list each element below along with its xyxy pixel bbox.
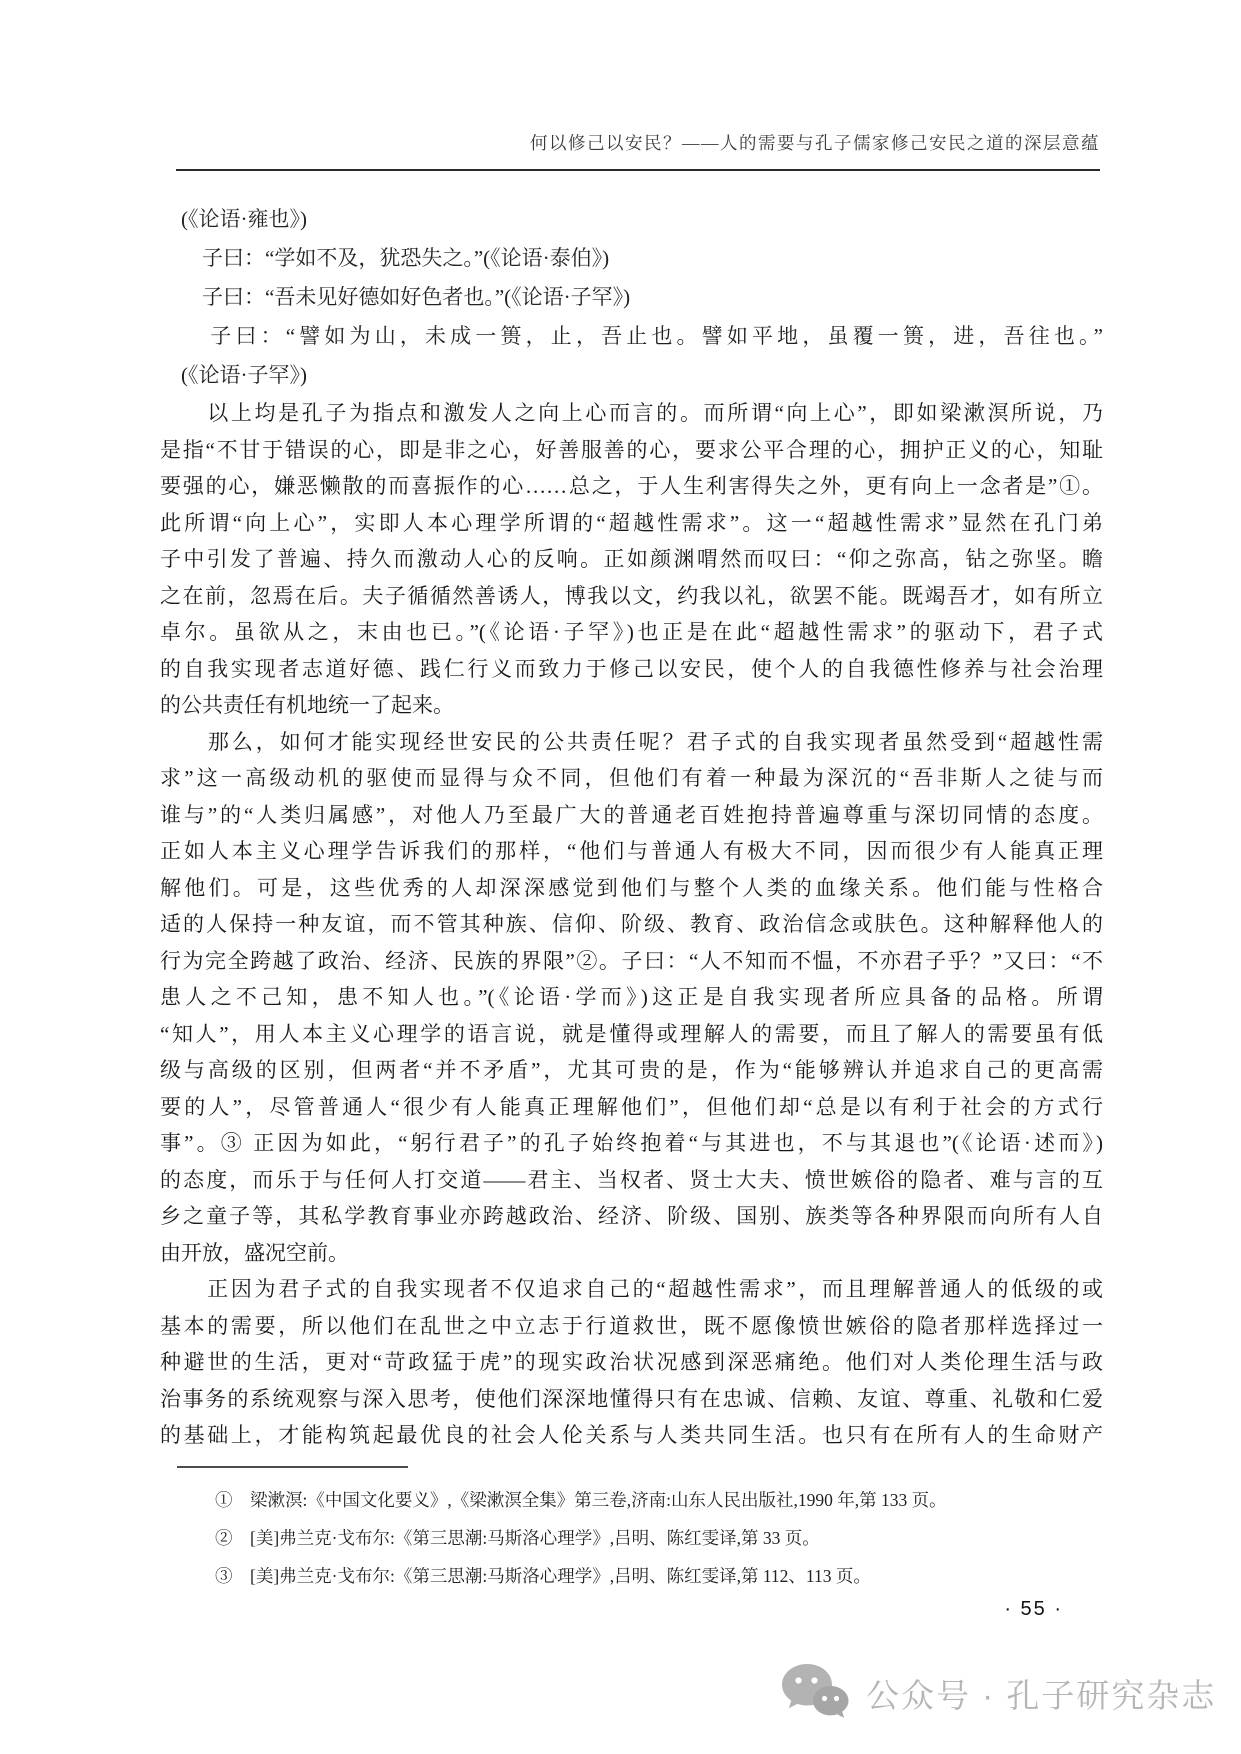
body-line: 由开放，盛况空前。 xyxy=(160,1235,1103,1272)
body-line: 正如人本主义心理学告诉我们的那样，“他们与普通人有极大不同，因而很少有人能真正理 xyxy=(160,833,1103,870)
body-line: 要强的心，嫌恶懒散的而喜振作的心……总之，于人生利害得失之外，更有向上一念者是”… xyxy=(160,468,1103,505)
body-line: 解他们。可是，这些优秀的人却深深感觉到他们与整个人类的血缘关系。他们能与性格合 xyxy=(160,870,1103,907)
body-line: 的基础上，才能构筑起最优良的社会人伦关系与人类共同生活。也只有在所有人的生命财产 xyxy=(160,1417,1103,1454)
body-line: 之在前，忽焉在后。夫子循循然善诱人，博我以文，约我以礼，欲罢不能。既竭吾才，如有… xyxy=(160,578,1103,615)
body-line: 谁与”的“人类归属感”，对他人乃至最广大的普通老百姓抱持普遍尊重与深切同情的态度… xyxy=(160,797,1103,834)
body-line: 那么，如何才能实现经世安民的公共责任呢？君子式的自我实现者虽然受到“超越性需 xyxy=(160,724,1103,761)
wechat-icon xyxy=(780,1662,850,1724)
article-body: (《论语·雍也》) 子曰：“学如不及，犹恐失之。”(《论语·泰伯》) 子曰：“吾… xyxy=(160,200,1103,1454)
footnote-item: ① 梁漱溟:《中国文化要义》,《梁漱溟全集》第三卷,济南:山东人民出版社,199… xyxy=(215,1481,1115,1519)
body-line: 基本的需要，所以他们在乱世之中立志于行道救世，既不愿像愤世嫉俗的隐者那样选择过一 xyxy=(160,1308,1103,1345)
page-number: · 55 · xyxy=(1004,1598,1063,1621)
body-line: 此所谓“向上心”，实即人本心理学所谓的“超越性需求”。这一“超越性需求”显然在孔… xyxy=(160,505,1103,542)
paragraphs: 以上均是孔子为指点和激发人之向上心而言的。而所谓“向上心”，即如梁漱溟所说，乃是… xyxy=(160,395,1103,1454)
paragraph: 以上均是孔子为指点和激发人之向上心而言的。而所谓“向上心”，即如梁漱溟所说，乃是… xyxy=(160,395,1103,724)
body-line: 求”这一高级动机的驱使而显得与众不同，但他们有着一种最为深沉的“吾非斯人之徒与而 xyxy=(160,760,1103,797)
paragraph: 那么，如何才能实现经世安民的公共责任呢？君子式的自我实现者虽然受到“超越性需求”… xyxy=(160,724,1103,1272)
body-line: 以上均是孔子为指点和激发人之向上心而言的。而所谓“向上心”，即如梁漱溟所说，乃 xyxy=(160,395,1103,432)
body-line: 的公共责任有机地统一了起来。 xyxy=(160,687,1103,724)
document-page: 何以修己以安民？——人的需要与孔子儒家修己安民之道的深层意蕴 (《论语·雍也》)… xyxy=(0,0,1241,1754)
body-line: 正因为君子式的自我实现者不仅追求自己的“超越性需求”，而且理解普通人的低级的或 xyxy=(160,1271,1103,1308)
body-line: 的态度，而乐于与任何人打交道——君主、当权者、贤士大夫、愤世嫉俗的隐者、难与言的… xyxy=(160,1162,1103,1199)
body-line: 行为完全跨越了政治、经济、民族的界限”②。子曰：“人不知而不愠，不亦君子乎？”又… xyxy=(160,943,1103,980)
paragraph: 正因为君子式的自我实现者不仅追求自己的“超越性需求”，而且理解普通人的低级的或基… xyxy=(160,1271,1103,1454)
quote-line: (《论语·子罕》) xyxy=(160,356,1103,395)
watermark: 公众号 · 孔子研究杂志 xyxy=(780,1662,1216,1724)
body-line: 要的人”，尽管普通人“很少有人能真正理解他们”，但他们却“总是以有利于社会的方式… xyxy=(160,1089,1103,1126)
watermark-label: 公众号 · 孔子研究杂志 xyxy=(866,1670,1216,1717)
footnote-list: ① 梁漱溟:《中国文化要义》,《梁漱溟全集》第三卷,济南:山东人民出版社,199… xyxy=(215,1481,1115,1595)
quote-line: 子曰：“吾未见好德如好色者也。”(《论语·子罕》) xyxy=(160,278,1103,317)
footnote-item: ③ [美]弗兰克·戈布尔:《第三思潮:马斯洛心理学》,吕明、陈红雯译,第 112… xyxy=(215,1557,1115,1595)
body-line: 事”。③ 正因为如此，“躬行君子”的孔子始终抱着“与其进也，不与其退也”(《论语… xyxy=(160,1125,1103,1162)
quote-block: (《论语·雍也》) 子曰：“学如不及，犹恐失之。”(《论语·泰伯》) 子曰：“吾… xyxy=(160,200,1103,395)
body-line: 子中引发了普遍、持久而激动人心的反响。正如颜渊喟然而叹曰：“仰之弥高，钻之弥坚。… xyxy=(160,541,1103,578)
body-line: 种避世的生活，更对“苛政猛于虎”的现实政治状况感到深恶痛绝。他们对人类伦理生活与… xyxy=(160,1344,1103,1381)
footnote-separator-rule xyxy=(177,1466,408,1468)
header-rule xyxy=(176,169,1100,171)
quote-line: 子曰：“学如不及，犹恐失之。”(《论语·泰伯》) xyxy=(160,239,1103,278)
quote-line: (《论语·雍也》) xyxy=(160,200,1103,239)
body-line: 是指“不甘于错误的心，即是非之心，好善服善的心，要求公平合理的心，拥护正义的心，… xyxy=(160,432,1103,469)
body-line: 适的人保持一种友谊，而不管其种族、信仰、阶级、教育、政治信念或肤色。这种解释他人… xyxy=(160,906,1103,943)
quote-line: 子曰：“譬如为山，未成一篑，止，吾止也。譬如平地，虽覆一篑，进，吾往也。” xyxy=(160,317,1103,356)
body-line: 患人之不己知，患不知人也。”(《论语·学而》)这正是自我实现者所应具备的品格。所… xyxy=(160,979,1103,1016)
footnote-item: ② [美]弗兰克·戈布尔:《第三思潮:马斯洛心理学》,吕明、陈红雯译,第 33 … xyxy=(215,1519,1115,1557)
body-line: 级与高级的区别，但两者“并不矛盾”，尤其可贵的是，作为“能够辨认并追求自己的更高… xyxy=(160,1052,1103,1089)
body-line: 治事务的系统观察与深入思考，使他们深深地懂得只有在忠诚、信赖、友谊、尊重、礼敬和… xyxy=(160,1381,1103,1418)
body-line: “知人”，用人本主义心理学的语言说，就是懂得或理解人的需要，而且了解人的需要虽有… xyxy=(160,1016,1103,1053)
body-line: 的自我实现者志道好德、践仁行义而致力于修己以安民，使个人的自我德性修养与社会治理 xyxy=(160,651,1103,688)
body-line: 卓尔。虽欲从之，末由也已。”(《论语·子罕》)也正是在此“超越性需求”的驱动下，… xyxy=(160,614,1103,651)
running-title: 何以修己以安民？——人的需要与孔子儒家修己安民之道的深层意蕴 xyxy=(530,130,1100,155)
body-line: 乡之童子等，其私学教育事业亦跨越政治、经济、阶级、国别、族类等各种界限而向所有人… xyxy=(160,1198,1103,1235)
